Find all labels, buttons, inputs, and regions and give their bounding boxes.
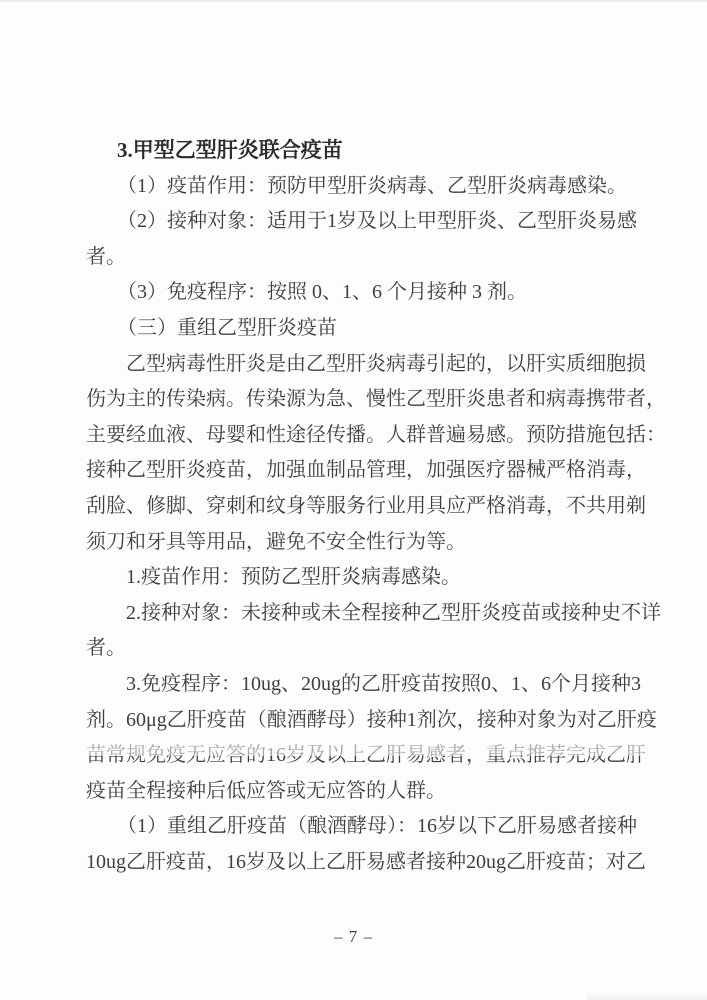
text-line-hepb-target-population-cont: 者。 [86, 631, 664, 667]
text-line-hepb-prevention-1: 接种乙型肝炎疫苗，加强血制品管理，加强医疗器械严格消毒， [86, 453, 664, 489]
text-line-hepb-prevention-2: 刮脸、修脚、穿刺和纹身等服务行业用具应严格消毒，不共用剃 [86, 489, 664, 525]
page-number: – 7 – [0, 924, 707, 950]
text-line-recombinant-yeast-vaccine-2: 10ug乙肝疫苗，16岁及以上乙肝易感者接种20ug乙肝疫苗；对乙 [86, 845, 664, 881]
scan-smudge-artifact [587, 992, 707, 1000]
text-line-hepb-schedule-1: 3.免疫程序：10ug、20ug的乙肝疫苗按照0、1、6个月接种3 [86, 667, 664, 703]
text-line-hepb-intro-3: 主要经血液、母婴和性途径传播。人群普遍易感。预防措施包括： [86, 418, 664, 454]
text-line-target-population: （2）接种对象：适用于1岁及以上甲型肝炎、乙型肝炎易感 [86, 204, 664, 240]
document-body: 3.甲型乙型肝炎联合疫苗 （1）疫苗作用：预防甲型肝炎病毒、乙型肝炎病毒感染。 … [86, 133, 664, 880]
text-line-hepb-vaccine-effect: 1.疫苗作用：预防乙型肝炎病毒感染。 [86, 560, 664, 596]
text-line-vaccine-effect: （1）疫苗作用：预防甲型肝炎病毒、乙型肝炎病毒感染。 [86, 169, 664, 205]
text-line-hepb-intro-1: 乙型病毒性肝炎是由乙型肝炎病毒引起的，以肝实质细胞损 [86, 347, 664, 383]
text-line-hepb-schedule-3: 苗常规免疫无应答的16岁及以上乙肝易感者，重点推荐完成乙肝 [86, 738, 664, 774]
text-line-hepb-intro-2: 伤为主的传染病。传染源为急、慢性乙型肝炎患者和病毒携带者， [86, 382, 664, 418]
document-page: 3.甲型乙型肝炎联合疫苗 （1）疫苗作用：预防甲型肝炎病毒、乙型肝炎病毒感染。 … [0, 0, 707, 1000]
text-line-hepb-schedule-2: 剂。60μg乙肝疫苗（酿酒酵母）接种1剂次，接种对象为对乙肝疫 [86, 703, 664, 739]
scan-edge-artifact [0, 0, 707, 3]
text-line-hepb-schedule-4: 疫苗全程接种后低应答或无应答的人群。 [86, 774, 664, 810]
text-line-target-population-cont: 者。 [86, 240, 664, 276]
subsection-heading-recombinant-hep-b-vaccine: （三）重组乙型肝炎疫苗 [86, 311, 664, 347]
text-line-hepb-prevention-3: 须刀和牙具等用品，避免不安全性行为等。 [86, 525, 664, 561]
section-heading-hep-ab-combined-vaccine: 3.甲型乙型肝炎联合疫苗 [86, 133, 664, 169]
text-line-immunization-schedule: （3）免疫程序：按照 0、1、6 个月接种 3 剂。 [86, 275, 664, 311]
text-line-recombinant-yeast-vaccine-1: （1）重组乙肝疫苗（酿酒酵母）：16岁以下乙肝易感者接种 [86, 809, 664, 845]
text-line-hepb-target-population: 2.接种对象：未接种或未全程接种乙型肝炎疫苗或接种史不详 [86, 596, 664, 632]
